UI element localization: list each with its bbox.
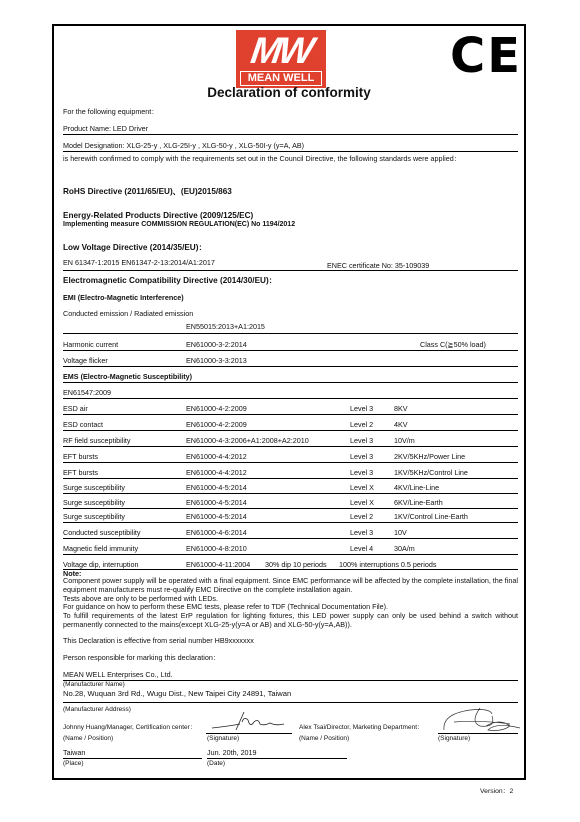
logo-mark: MW [233, 31, 329, 71]
divider [63, 270, 518, 271]
ems-test-standard: EN61000-4-4:2012 [186, 468, 247, 477]
equipment-label: For the following equipment： [63, 107, 158, 117]
ems-test-value: 1KV/5KHz/Control Line [394, 468, 468, 477]
row-divider [63, 462, 518, 463]
emi-test-note: Class C(≧50% load) [420, 340, 486, 349]
ems-test-level: Level 3 [350, 468, 373, 477]
mean-well-logo: MW MEAN WELL [236, 30, 326, 88]
ems-test-standard: EN61000-4-8:2010 [186, 544, 247, 553]
ems-test-level: Level 4 [350, 544, 373, 553]
emi-test-standard: EN61000-3-3:2013 [186, 356, 247, 365]
responsible-label: Person responsible for marking this decl… [63, 653, 220, 663]
ems-test-value: 30A/m [394, 544, 415, 553]
ems-test-level: Level 3 [350, 452, 373, 461]
divider [63, 382, 518, 383]
note-paragraph: Component power supply will be operated … [63, 577, 518, 594]
ems-test-standard: EN61000-4-5:2014 [186, 512, 247, 521]
date-caption: (Date) [207, 760, 225, 767]
signatory-2-name: Alex Tsai/Director, Marketing Department… [299, 722, 424, 731]
ems-test-name: ESD contact [63, 420, 103, 429]
row-divider [63, 446, 518, 447]
row-divider [63, 508, 518, 509]
enec-certificate: ENEC certificate No: 35-109039 [327, 261, 429, 270]
place-line [63, 758, 202, 759]
ems-heading: EMS (Electro-Magnetic Susceptibility) [63, 372, 192, 381]
logo-wordmark: MEAN WELL [240, 71, 322, 86]
row-divider [63, 366, 518, 367]
emc-title: Electromagnetic Compatibility Directive … [63, 275, 277, 286]
emi-test-standard: EN61000-3-2:2014 [186, 340, 247, 349]
row-divider [63, 538, 518, 539]
ems-test-value: 8KV [394, 404, 408, 413]
voltage-dip-interruption: 100% interruptions 0.5 periods [339, 560, 437, 569]
ems-test-level: Level 2 [350, 420, 373, 429]
ems-test-value: 4KV/Line-Line [394, 483, 439, 492]
ems-test-standard: EN61000-4-4:2012 [186, 452, 247, 461]
signature-1-icon [210, 706, 290, 734]
ems-test-standard: EN61000-4-3:2006+A1:2008+A2:2010 [186, 436, 309, 445]
ems-test-value: 2KV/5KHz/Power Line [394, 452, 465, 461]
divider [63, 151, 518, 152]
ems-test-level: Level 3 [350, 528, 373, 537]
lvd-title: Low Voltage Directive (2014/35/EU)： [63, 242, 207, 253]
manufacturer-address-caption: (Manufacturer Address) [63, 706, 131, 713]
voltage-dip-standard: EN61000-4-11:2004 [186, 560, 250, 569]
note-paragraph: To fulfill requirements of the latest Er… [63, 612, 518, 629]
ems-test-name: EFT bursts [63, 468, 98, 477]
divider [63, 569, 518, 570]
row-divider [63, 493, 518, 494]
ems-test-level: Level X [350, 498, 374, 507]
place-value: Taiwan [63, 748, 85, 757]
divider [63, 134, 518, 135]
ems-test-standard: EN61000-4-5:2014 [186, 498, 247, 507]
signatory-2-name-caption: (Name / Position) [299, 735, 349, 742]
page-title: Declaration of conformity [52, 85, 526, 100]
version-label: Version：2 [480, 785, 513, 795]
product-name: Product Name: LED Driver [63, 124, 148, 133]
declaration-page: MW MEAN WELL CE Declaration of conformit… [0, 0, 580, 822]
compliance-statement: is herewith confirmed to comply with the… [63, 155, 518, 164]
ems-test-value: 6KV/Line-Earth [394, 498, 443, 507]
divider [63, 702, 518, 703]
ems-test-standard: EN61000-4-5:2014 [186, 483, 247, 492]
ems-test-name: RF field susceptibility [63, 436, 131, 445]
manufacturer-name: MEAN WELL Enterprises Co., Ltd. [63, 670, 173, 679]
divider [63, 398, 518, 399]
row-divider [63, 554, 518, 555]
erp-implementing-measure: Implementing measure COMMISSION REGULATI… [63, 221, 295, 228]
divider [63, 333, 518, 334]
ems-test-value: 10V [394, 528, 407, 537]
emi-test-name: Harmonic current [63, 340, 118, 349]
row-divider [63, 350, 518, 351]
ems-test-level: Level 3 [350, 436, 373, 445]
ems-test-name: EFT bursts [63, 452, 98, 461]
date-line [207, 758, 347, 759]
signatory-1-name-caption: (Name / Position) [63, 735, 113, 742]
ems-test-value: 4KV [394, 420, 408, 429]
document-border [52, 24, 526, 780]
ems-test-name: Surge susceptibility [63, 512, 125, 521]
signatory-2-signature-caption: (Signature) [438, 735, 470, 742]
ems-test-standard: EN61000-4-6:2014 [186, 528, 247, 537]
lvd-standards: EN 61347-1:2015 EN61347-2-13:2014/A1:201… [63, 258, 215, 267]
manufacturer-address: No.28, Wuquan 3rd Rd., Wugu Dist., New T… [63, 689, 291, 698]
ems-standard: EN61547:2009 [63, 388, 111, 397]
rohs-directive: RoHS Directive (2011/65/EU)、(EU)2015/863 [63, 186, 232, 197]
row-divider [63, 430, 518, 431]
erp-directive-title: Energy-Related Products Directive (2009/… [63, 211, 253, 220]
ce-mark-icon: CE [450, 30, 520, 82]
signatory-1-name: Johnny Huang/Manager, Certification cent… [63, 722, 196, 731]
divider [63, 680, 518, 681]
signatory-1-signature-caption: (Signature) [207, 735, 239, 742]
date-value: Jun. 20th, 2019 [207, 748, 257, 757]
ems-test-name: ESD air [63, 404, 88, 413]
ems-test-standard: EN61000-4-2:2009 [186, 420, 247, 429]
row-divider [63, 414, 518, 415]
ems-test-name: Conducted susceptibility [63, 528, 141, 537]
voltage-dip-dip: 30% dip 10 periods [265, 560, 327, 569]
emi-test-name: Voltage flicker [63, 356, 108, 365]
emission-label: Conducted emission / Radiated emission [63, 309, 193, 318]
signature-2-icon [440, 704, 530, 736]
ems-test-value: 10V/m [394, 436, 415, 445]
ems-test-name: Surge susceptibility [63, 483, 125, 492]
voltage-dip-test: Voltage dip, interruption [63, 560, 139, 569]
place-caption: (Place) [63, 760, 84, 767]
manufacturer-name-caption: (Manufacturer Name) [63, 681, 125, 688]
ems-test-level: Level 3 [350, 404, 373, 413]
ems-test-name: Surge susceptibility [63, 498, 125, 507]
effective-serial: This Declaration is effective from seria… [63, 636, 254, 645]
ems-test-standard: EN61000-4-2:2009 [186, 404, 247, 413]
emission-standard: EN55015:2013+A1:2015 [186, 322, 265, 331]
model-designation: Model Designation: XLG-25-y , XLG-25I-y … [63, 141, 304, 150]
row-divider [63, 478, 518, 479]
emi-heading: EMI (Electro-Magnetic Interference) [63, 293, 184, 302]
ems-test-level: Level X [350, 483, 374, 492]
ems-test-level: Level 2 [350, 512, 373, 521]
ems-test-value: 1KV/Control Line-Earth [394, 512, 468, 521]
ems-test-name: Magnetic field immunity [63, 544, 138, 553]
row-divider [63, 522, 518, 523]
